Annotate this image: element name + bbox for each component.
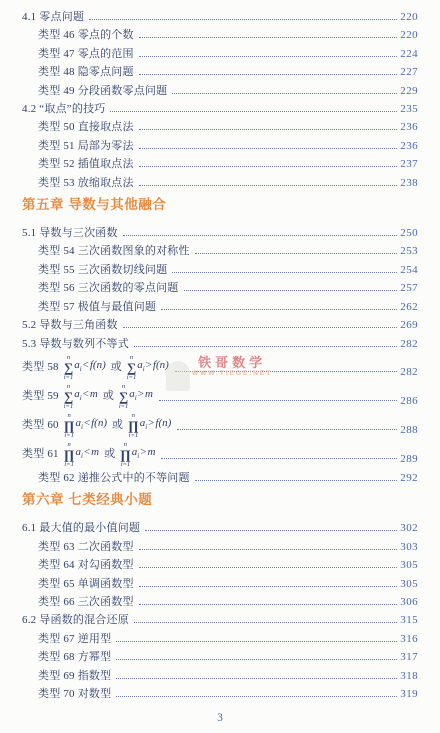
entry-label: 类型 59	[22, 387, 59, 405]
chapter-heading: 第五章 导数与其他融合	[22, 195, 418, 215]
entry-formula: n∏i=1ai<f(n)或n∏i=1ai>f(n)	[63, 412, 173, 439]
toc-type-row: 类型 64 对勾函数型305	[22, 556, 418, 574]
entry-page-number: 305	[400, 575, 418, 593]
entry-formula: n∑i=1ai<f(n)或n∑i=1ai>f(n)	[63, 354, 170, 381]
entry-page-number: 220	[400, 26, 418, 44]
entry-label: 类型 70 对数型	[38, 685, 111, 703]
entry-label: 类型 63 二次函数型	[38, 538, 134, 556]
dotted-leader	[134, 620, 397, 623]
math-expression: ai>f(n)	[137, 356, 169, 379]
math-rhs: m	[91, 446, 99, 458]
dotted-leader	[139, 565, 398, 568]
math-relation: <	[83, 417, 91, 429]
operator-symbol: ∏	[64, 448, 75, 461]
math-relation: <	[83, 446, 91, 458]
dotted-leader	[195, 251, 398, 254]
math-expression: ai<f(n)	[75, 414, 107, 437]
formula-joiner: 或	[104, 445, 115, 463]
big-operator: n∏i=1	[120, 441, 131, 468]
toc-formula-row: 类型 61n∏i=1ai<m或n∏i=1ai>m289	[22, 440, 418, 469]
dotted-leader	[184, 288, 398, 291]
big-operator: n∑i=1	[64, 354, 73, 381]
toc-type-row: 类型 66 三次函数型306	[22, 593, 418, 611]
toc-page: 4.1 零点问题220类型 46 零点的个数220类型 47 零点的范围224类…	[0, 0, 440, 733]
dotted-leader	[116, 676, 397, 679]
dotted-leader	[172, 270, 397, 273]
entry-formula: n∑i=1ai<m或n∑i=1ai>m	[63, 383, 154, 410]
page-number: 3	[217, 712, 223, 724]
entry-label: 类型 57 极值与最值问题	[38, 298, 156, 316]
toc-section-row: 5.1 导数与三次函数250	[22, 224, 418, 242]
operator-symbol: ∑	[127, 361, 136, 374]
entry-label: 类型 49 分段函数零点问题	[38, 82, 167, 100]
entry-label: 类型 56 三次函数的零点问题	[38, 279, 179, 297]
operator-lower-limit: i=1	[64, 432, 73, 439]
entry-page-number: 282	[400, 363, 418, 381]
entry-page-number: 262	[400, 298, 418, 316]
entry-page-number: 257	[400, 279, 418, 297]
entry-page-number: 282	[400, 335, 418, 353]
math-relation: >	[145, 359, 153, 371]
dotted-leader	[139, 547, 398, 550]
entry-page-number: 220	[400, 8, 418, 26]
dotted-leader	[159, 398, 397, 401]
math-relation: >	[137, 388, 145, 400]
entry-page-number: 286	[400, 392, 418, 410]
formula-joiner: 或	[112, 416, 123, 434]
toc-formula-row: 类型 60n∏i=1ai<f(n)或n∏i=1ai>f(n)288	[22, 411, 418, 440]
dotted-leader	[139, 35, 398, 38]
dotted-leader	[175, 369, 398, 372]
toc-type-row: 类型 55 三次函数切线问题254	[22, 261, 418, 279]
toc-section-row: 6.2 导函数的混合还原315	[22, 611, 418, 629]
toc-type-row: 类型 49 分段函数零点问题229	[22, 82, 418, 100]
dotted-leader	[116, 639, 397, 642]
entry-label: 类型 47 零点的范围	[38, 45, 134, 63]
entry-page-number: 318	[400, 667, 418, 685]
entry-page-number: 317	[400, 648, 418, 666]
math-rhs: m	[90, 388, 98, 400]
entry-page-number: 254	[400, 261, 418, 279]
entry-page-number: 319	[400, 685, 418, 703]
dotted-leader	[134, 344, 397, 347]
entry-label: 类型 51 局部为零法	[38, 137, 134, 155]
math-relation: <	[82, 359, 90, 371]
entry-page-number: 269	[400, 316, 418, 334]
entry-page-number: 236	[400, 137, 418, 155]
entry-page-number: 236	[400, 118, 418, 136]
toc-type-row: 类型 48 隐零点问题227	[22, 63, 418, 81]
entry-label: 类型 55 三次函数切线问题	[38, 261, 167, 279]
math-expression: ai>m	[129, 385, 153, 408]
toc-section-row: 4.2 “取点”的技巧235	[22, 100, 418, 118]
toc-type-row: 类型 47 零点的范围224	[22, 45, 418, 63]
entry-page-number: 288	[400, 421, 418, 439]
operator-symbol: ∏	[120, 448, 131, 461]
math-expression: ai<f(n)	[74, 356, 106, 379]
operator-lower-limit: i=1	[127, 374, 136, 381]
toc-type-row: 类型 53 放缩取点法238	[22, 174, 418, 192]
entry-page-number: 289	[400, 450, 418, 468]
toc-type-row: 类型 63 二次函数型303	[22, 538, 418, 556]
operator-lower-limit: i=1	[119, 403, 128, 410]
toc-type-row: 类型 68 方幂型317	[22, 648, 418, 666]
math-rhs: f(n)	[90, 359, 106, 371]
formula-joiner: 或	[103, 387, 114, 405]
math-relation: <	[82, 388, 90, 400]
dotted-leader	[139, 127, 398, 130]
toc: 4.1 零点问题220类型 46 零点的个数220类型 47 零点的范围224类…	[22, 8, 418, 703]
dotted-leader	[116, 657, 397, 660]
entry-formula: n∏i=1ai<m或n∏i=1ai>m	[63, 441, 157, 468]
entry-page-number: 316	[400, 630, 418, 648]
entry-label: 类型 53 放缩取点法	[38, 174, 134, 192]
big-operator: n∑i=1	[64, 383, 73, 410]
entry-label: 类型 65 单调函数型	[38, 575, 134, 593]
entry-page-number: 306	[400, 593, 418, 611]
toc-section-row: 4.1 零点问题220	[22, 8, 418, 26]
dotted-leader	[139, 183, 398, 186]
dotted-leader	[139, 54, 398, 57]
entry-label: 6.1 最大值的最小值问题	[22, 519, 140, 537]
toc-type-row: 类型 56 三次函数的零点问题257	[22, 279, 418, 297]
operator-symbol: ∏	[64, 419, 75, 432]
entry-label: 6.2 导函数的混合还原	[22, 611, 129, 629]
dotted-leader	[161, 456, 397, 459]
entry-page-number: 237	[400, 155, 418, 173]
entry-label: 类型 61	[22, 445, 59, 463]
entry-label: 类型 58	[22, 358, 59, 376]
dotted-leader	[123, 325, 398, 328]
dotted-leader	[116, 694, 397, 697]
dotted-leader	[139, 72, 398, 75]
entry-label: 类型 50 直接取点法	[38, 118, 134, 136]
big-operator: n∑i=1	[119, 383, 128, 410]
toc-section-row: 5.2 导数与三角函数269	[22, 316, 418, 334]
dotted-leader	[110, 109, 397, 112]
entry-page-number: 292	[400, 469, 418, 487]
dotted-leader	[139, 602, 398, 605]
operator-symbol: ∑	[64, 361, 73, 374]
dotted-leader	[89, 17, 397, 20]
math-rhs: f(n)	[153, 359, 169, 371]
formula-joiner: 或	[111, 358, 122, 376]
big-operator: n∏i=1	[128, 412, 139, 439]
math-expression: ai<m	[74, 385, 98, 408]
toc-type-row: 类型 46 零点的个数220	[22, 26, 418, 44]
entry-label: 类型 69 指数型	[38, 667, 111, 685]
operator-lower-limit: i=1	[64, 403, 73, 410]
toc-type-row: 类型 50 直接取点法236	[22, 118, 418, 136]
math-expression: ai>f(n)	[140, 414, 172, 437]
dotted-leader	[123, 233, 398, 236]
entry-page-number: 224	[400, 45, 418, 63]
toc-type-row: 类型 57 极值与最值问题262	[22, 298, 418, 316]
toc-type-row: 类型 70 对数型319	[22, 685, 418, 703]
operator-symbol: ∏	[128, 419, 139, 432]
entry-page-number: 253	[400, 242, 418, 260]
dotted-leader	[161, 307, 397, 310]
entry-page-number: 315	[400, 611, 418, 629]
toc-section-row: 5.3 导数与数列不等式282	[22, 335, 418, 353]
chapter-heading: 第六章 七类经典小题	[22, 490, 418, 510]
entry-label: 类型 66 三次函数型	[38, 593, 134, 611]
dotted-leader	[139, 164, 398, 167]
entry-label: 4.2 “取点”的技巧	[22, 100, 105, 118]
big-operator: n∏i=1	[64, 441, 75, 468]
math-expression: ai<m	[75, 443, 99, 466]
entry-label: 5.2 导数与三角函数	[22, 316, 118, 334]
toc-type-row: 类型 62 递推公式中的不等问题292	[22, 469, 418, 487]
toc-type-row: 类型 67 逆用型316	[22, 630, 418, 648]
toc-type-row: 类型 69 指数型318	[22, 667, 418, 685]
entry-label: 5.1 导数与三次函数	[22, 224, 118, 242]
operator-lower-limit: i=1	[121, 461, 130, 468]
entry-label: 类型 46 零点的个数	[38, 26, 134, 44]
dotted-leader	[177, 427, 397, 430]
toc-formula-row: 类型 59n∑i=1ai<m或n∑i=1ai>m286	[22, 382, 418, 411]
entry-label: 类型 64 对勾函数型	[38, 556, 134, 574]
entry-page-number: 227	[400, 63, 418, 81]
entry-page-number: 250	[400, 224, 418, 242]
entry-label: 5.3 导数与数列不等式	[22, 335, 129, 353]
dotted-leader	[145, 528, 397, 531]
toc-type-row: 类型 52 插值取点法237	[22, 155, 418, 173]
page-footer: 3	[22, 712, 418, 724]
entry-label: 类型 62 递推公式中的不等问题	[38, 469, 190, 487]
big-operator: n∏i=1	[64, 412, 75, 439]
entry-page-number: 305	[400, 556, 418, 574]
toc-formula-row: 类型 58n∑i=1ai<f(n)或n∑i=1ai>f(n)282	[22, 353, 418, 382]
entry-label: 类型 67 逆用型	[38, 630, 111, 648]
entry-label: 类型 54 三次函数图象的对称性	[38, 242, 190, 260]
dotted-leader	[139, 584, 398, 587]
operator-lower-limit: i=1	[64, 374, 73, 381]
toc-type-row: 类型 51 局部为零法236	[22, 137, 418, 155]
toc-section-row: 6.1 最大值的最小值问题302	[22, 519, 418, 537]
operator-lower-limit: i=1	[129, 432, 138, 439]
entry-label: 类型 60	[22, 416, 59, 434]
math-rhs: m	[147, 446, 155, 458]
entry-page-number: 238	[400, 174, 418, 192]
big-operator: n∑i=1	[127, 354, 136, 381]
dotted-leader	[172, 91, 397, 94]
math-expression: ai>m	[132, 443, 156, 466]
dotted-leader	[139, 146, 398, 149]
math-rhs: f(n)	[155, 417, 171, 429]
entry-label: 类型 52 插值取点法	[38, 155, 134, 173]
entry-page-number: 303	[400, 538, 418, 556]
operator-symbol: ∑	[119, 390, 128, 403]
operator-lower-limit: i=1	[64, 461, 73, 468]
entry-page-number: 302	[400, 519, 418, 537]
toc-type-row: 类型 54 三次函数图象的对称性253	[22, 242, 418, 260]
entry-page-number: 235	[400, 100, 418, 118]
entry-label: 类型 48 隐零点问题	[38, 63, 134, 81]
toc-type-row: 类型 65 单调函数型305	[22, 575, 418, 593]
dotted-leader	[195, 478, 398, 481]
math-rhs: f(n)	[91, 417, 107, 429]
entry-label: 4.1 零点问题	[22, 8, 84, 26]
entry-label: 类型 68 方幂型	[38, 648, 111, 666]
operator-symbol: ∑	[64, 390, 73, 403]
math-rhs: m	[145, 388, 153, 400]
entry-page-number: 229	[400, 82, 418, 100]
